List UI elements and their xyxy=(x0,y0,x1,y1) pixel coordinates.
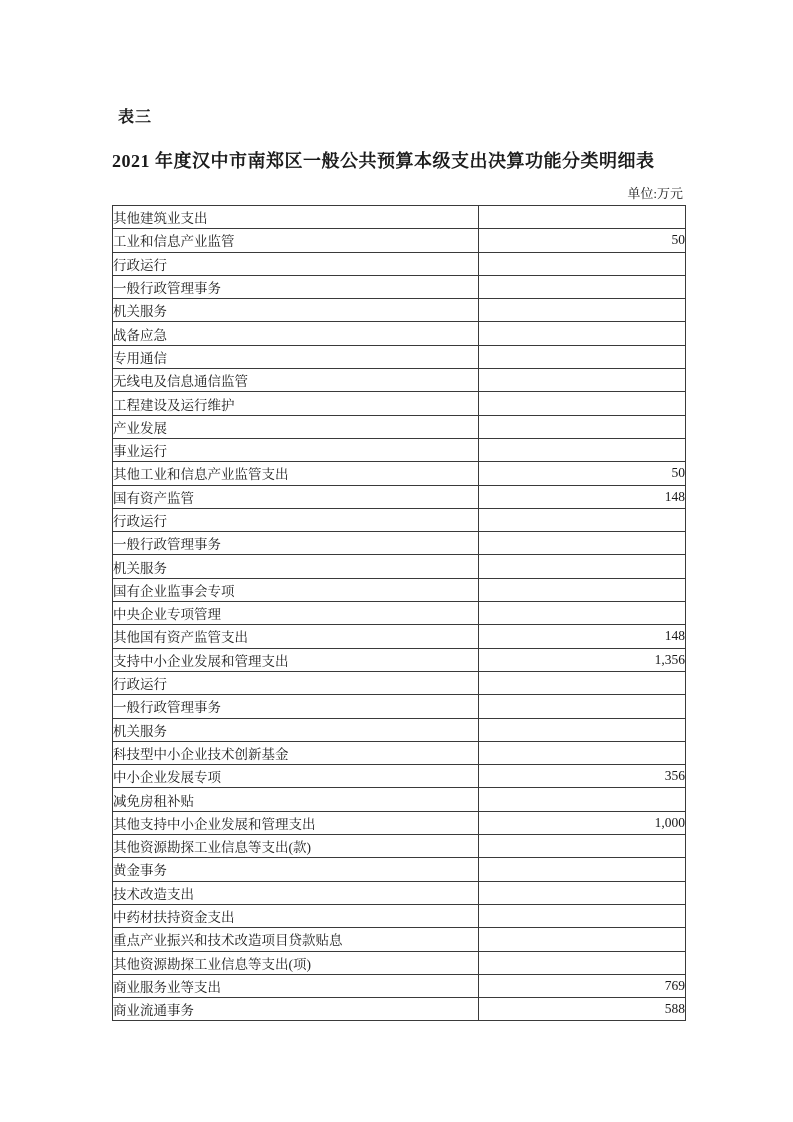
row-value xyxy=(479,858,686,881)
row-label: 一般行政管理事务 xyxy=(113,695,479,718)
row-value: 1,356 xyxy=(479,648,686,671)
row-label: 机关服务 xyxy=(113,555,479,578)
row-value xyxy=(479,695,686,718)
row-label: 专用通信 xyxy=(113,345,479,368)
row-label: 其他工业和信息产业监管支出 xyxy=(113,462,479,485)
row-value xyxy=(479,741,686,764)
table-row: 行政运行 xyxy=(113,252,686,275)
table-row: 商业流通事务588 xyxy=(113,998,686,1021)
row-label: 一般行政管理事务 xyxy=(113,532,479,555)
row-value xyxy=(479,671,686,694)
row-label: 无线电及信息通信监管 xyxy=(113,369,479,392)
table-row: 中央企业专项管理 xyxy=(113,602,686,625)
table-row: 其他国有资产监管支出148 xyxy=(113,625,686,648)
row-label: 工业和信息产业监管 xyxy=(113,229,479,252)
row-value: 50 xyxy=(479,462,686,485)
row-label: 中小企业发展专项 xyxy=(113,765,479,788)
table-row: 机关服务 xyxy=(113,555,686,578)
table-row: 黄金事务 xyxy=(113,858,686,881)
table-row: 一般行政管理事务 xyxy=(113,695,686,718)
table-row: 支持中小企业发展和管理支出1,356 xyxy=(113,648,686,671)
row-label: 产业发展 xyxy=(113,415,479,438)
table-row: 机关服务 xyxy=(113,718,686,741)
table-row: 产业发展 xyxy=(113,415,686,438)
row-value xyxy=(479,299,686,322)
table-row: 科技型中小企业技术创新基金 xyxy=(113,741,686,764)
row-label: 事业运行 xyxy=(113,438,479,461)
row-value xyxy=(479,369,686,392)
row-value: 148 xyxy=(479,625,686,648)
row-value: 769 xyxy=(479,974,686,997)
table-row: 工业和信息产业监管50 xyxy=(113,229,686,252)
table-row: 无线电及信息通信监管 xyxy=(113,369,686,392)
row-label: 支持中小企业发展和管理支出 xyxy=(113,648,479,671)
row-label: 减免房租补贴 xyxy=(113,788,479,811)
row-value xyxy=(479,415,686,438)
table-row: 事业运行 xyxy=(113,438,686,461)
row-value xyxy=(479,881,686,904)
table-row: 一般行政管理事务 xyxy=(113,275,686,298)
table-row: 工程建设及运行维护 xyxy=(113,392,686,415)
row-label: 商业流通事务 xyxy=(113,998,479,1021)
table-body: 其他建筑业支出工业和信息产业监管50行政运行一般行政管理事务机关服务战备应急专用… xyxy=(113,206,686,1021)
row-label: 科技型中小企业技术创新基金 xyxy=(113,741,479,764)
table-row: 行政运行 xyxy=(113,508,686,531)
row-label: 技术改造支出 xyxy=(113,881,479,904)
row-value: 356 xyxy=(479,765,686,788)
table-number-label: 表三 xyxy=(118,104,152,127)
row-label: 行政运行 xyxy=(113,252,479,275)
table-row: 专用通信 xyxy=(113,345,686,368)
table-row: 其他工业和信息产业监管支出50 xyxy=(113,462,686,485)
row-label: 行政运行 xyxy=(113,508,479,531)
row-value xyxy=(479,275,686,298)
row-value xyxy=(479,904,686,927)
table-row: 技术改造支出 xyxy=(113,881,686,904)
row-value: 1,000 xyxy=(479,811,686,834)
row-label: 其他资源勘探工业信息等支出(项) xyxy=(113,951,479,974)
row-label: 机关服务 xyxy=(113,718,479,741)
table-row: 其他资源勘探工业信息等支出(款) xyxy=(113,835,686,858)
table-row: 重点产业振兴和技术改造项目贷款贴息 xyxy=(113,928,686,951)
row-value xyxy=(479,951,686,974)
row-value xyxy=(479,788,686,811)
table-row: 中小企业发展专项356 xyxy=(113,765,686,788)
table-row: 国有资产监管148 xyxy=(113,485,686,508)
table-row: 其他建筑业支出 xyxy=(113,206,686,229)
row-value xyxy=(479,206,686,229)
row-label: 战备应急 xyxy=(113,322,479,345)
row-value: 148 xyxy=(479,485,686,508)
unit-label: 单位:万元 xyxy=(112,183,683,202)
row-value: 588 xyxy=(479,998,686,1021)
table-row: 减免房租补贴 xyxy=(113,788,686,811)
table-row: 其他资源勘探工业信息等支出(项) xyxy=(113,951,686,974)
table-row: 商业服务业等支出769 xyxy=(113,974,686,997)
row-value xyxy=(479,555,686,578)
row-value xyxy=(479,835,686,858)
row-value xyxy=(479,602,686,625)
row-label: 行政运行 xyxy=(113,671,479,694)
row-value xyxy=(479,718,686,741)
table-row: 其他支持中小企业发展和管理支出1,000 xyxy=(113,811,686,834)
table-row: 行政运行 xyxy=(113,671,686,694)
row-value xyxy=(479,252,686,275)
row-label: 中药材扶持资金支出 xyxy=(113,904,479,927)
row-label: 国有企业监事会专项 xyxy=(113,578,479,601)
row-label: 黄金事务 xyxy=(113,858,479,881)
row-value xyxy=(479,532,686,555)
table-row: 国有企业监事会专项 xyxy=(113,578,686,601)
document-page: 表三 2021 年度汉中市南郑区一般公共预算本级支出决算功能分类明细表 单位:万… xyxy=(0,0,793,1122)
budget-table: 其他建筑业支出工业和信息产业监管50行政运行一般行政管理事务机关服务战备应急专用… xyxy=(112,205,686,1021)
row-label: 商业服务业等支出 xyxy=(113,974,479,997)
page-title: 2021 年度汉中市南郑区一般公共预算本级支出决算功能分类明细表 xyxy=(112,147,683,173)
row-value xyxy=(479,322,686,345)
row-value: 50 xyxy=(479,229,686,252)
row-label: 工程建设及运行维护 xyxy=(113,392,479,415)
table-row: 机关服务 xyxy=(113,299,686,322)
table-row: 战备应急 xyxy=(113,322,686,345)
row-label: 其他建筑业支出 xyxy=(113,206,479,229)
row-value xyxy=(479,928,686,951)
table-row: 一般行政管理事务 xyxy=(113,532,686,555)
row-label: 一般行政管理事务 xyxy=(113,275,479,298)
row-label: 机关服务 xyxy=(113,299,479,322)
row-label: 其他资源勘探工业信息等支出(款) xyxy=(113,835,479,858)
row-label: 国有资产监管 xyxy=(113,485,479,508)
row-label: 中央企业专项管理 xyxy=(113,602,479,625)
row-value xyxy=(479,392,686,415)
row-label: 重点产业振兴和技术改造项目贷款贴息 xyxy=(113,928,479,951)
row-label: 其他国有资产监管支出 xyxy=(113,625,479,648)
table-row: 中药材扶持资金支出 xyxy=(113,904,686,927)
row-label: 其他支持中小企业发展和管理支出 xyxy=(113,811,479,834)
row-value xyxy=(479,438,686,461)
row-value xyxy=(479,578,686,601)
row-value xyxy=(479,508,686,531)
row-value xyxy=(479,345,686,368)
